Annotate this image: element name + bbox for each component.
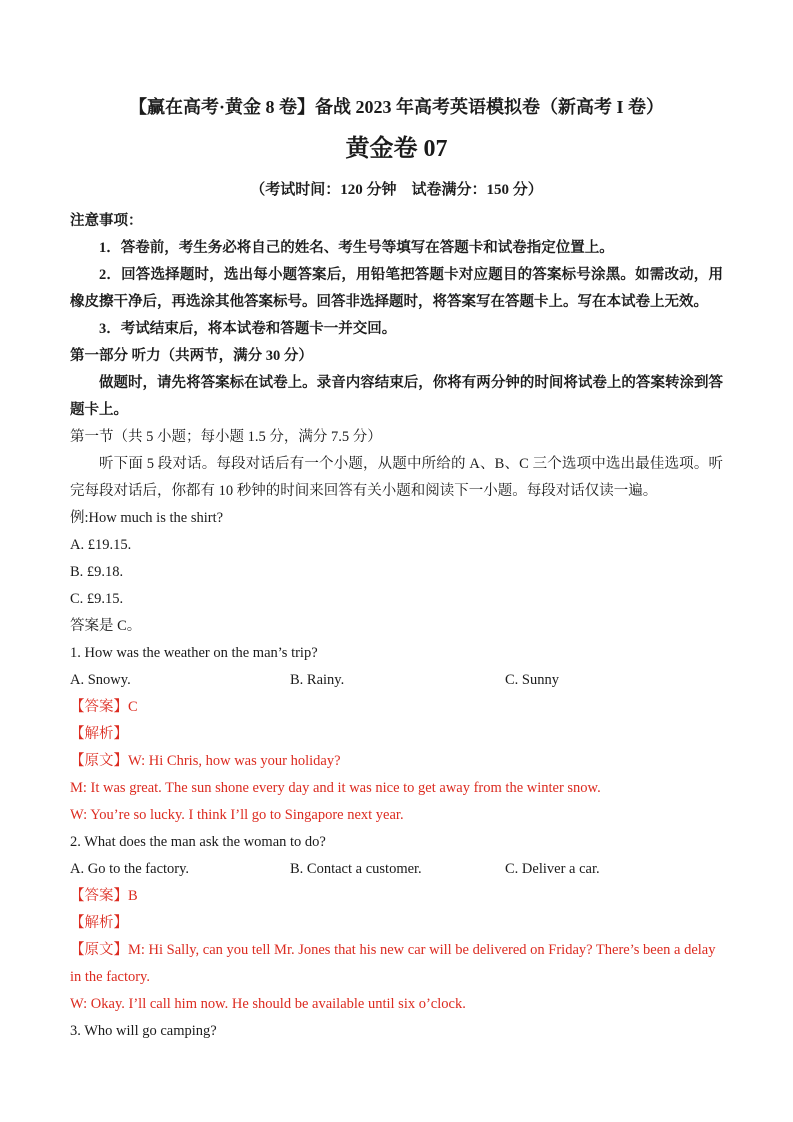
question-2-transcript-line: W: Okay. I’ll call him now. He should be… (70, 991, 723, 1018)
page-content: 【赢在高考·黄金 8 卷】备战 2023 年高考英语模拟卷（新高考 I 卷） 黄… (70, 94, 723, 1045)
question-2-answer: 【答案】B (70, 883, 723, 910)
question-2-option-c: C. Deliver a car. (505, 856, 723, 883)
question-1-option-b: B. Rainy. (290, 667, 505, 694)
question-1-answer: 【答案】C (70, 694, 723, 721)
question-1-text: 1. How was the weather on the man’s trip… (70, 640, 723, 667)
question-1-analysis-label: 【解析】 (70, 721, 723, 748)
series-title: 【赢在高考·黄金 8 卷】备战 2023 年高考英语模拟卷（新高考 I 卷） (70, 94, 723, 120)
question-1-transcript-line: W: You’re so lucky. I think I’ll go to S… (70, 802, 723, 829)
example-answer-note: 答案是 C。 (70, 613, 723, 640)
question-1-option-a: A. Snowy. (70, 667, 290, 694)
notice-item-2: 2．回答选择题时，选出每小题答案后，用铅笔把答题卡对应题目的答案标号涂黑。如需改… (70, 262, 723, 316)
example-option-b: B. £9.18. (70, 559, 723, 586)
question-2-transcript-line: 【原文】M: Hi Sally, can you tell Mr. Jones … (70, 937, 723, 991)
question-2-analysis-label: 【解析】 (70, 910, 723, 937)
exam-body: 注意事项： 1．答卷前，考生务必将自己的姓名、考生号等填写在答题卡和试卷指定位置… (70, 208, 723, 1045)
example-option-c: C. £9.15. (70, 586, 723, 613)
paper-title: 黄金卷 07 (70, 132, 723, 166)
question-2-option-b: B. Contact a customer. (290, 856, 505, 883)
example-question: 例:How much is the shirt? (70, 505, 723, 532)
notice-item-3: 3．考试结束后，将本试卷和答题卡一并交回。 (70, 316, 723, 343)
notice-heading: 注意事项： (70, 208, 723, 235)
part1-note: 做题时，请先将答案标在试卷上。录音内容结束后，你将有两分钟的时间将试卷上的答案转… (70, 370, 723, 424)
question-2-options: A. Go to the factory. B. Contact a custo… (70, 856, 723, 883)
exam-paper-page: 【赢在高考·黄金 8 卷】备战 2023 年高考英语模拟卷（新高考 I 卷） 黄… (0, 0, 793, 1122)
question-2-text: 2. What does the man ask the woman to do… (70, 829, 723, 856)
notice-item-1: 1．答卷前，考生务必将自己的姓名、考生号等填写在答题卡和试卷指定位置上。 (70, 235, 723, 262)
section1-instructions: 听下面 5 段对话。每段对话后有一个小题，从题中所给的 A、B、C 三个选项中选… (70, 451, 723, 505)
question-2-option-a: A. Go to the factory. (70, 856, 290, 883)
question-1-transcript-line: M: It was great. The sun shone every day… (70, 775, 723, 802)
section1-heading: 第一节（共 5 小题；每小题 1.5 分，满分 7.5 分） (70, 424, 723, 451)
question-3-text: 3. Who will go camping? (70, 1018, 723, 1045)
example-option-a: A. £19.15. (70, 532, 723, 559)
exam-info: （考试时间：120 分钟 试卷满分：150 分） (70, 178, 723, 202)
question-1-option-c: C. Sunny (505, 667, 723, 694)
question-1-transcript-line: 【原文】W: Hi Chris, how was your holiday? (70, 748, 723, 775)
question-1-options: A. Snowy. B. Rainy. C. Sunny (70, 667, 723, 694)
part1-heading: 第一部分 听力（共两节，满分 30 分） (70, 343, 723, 370)
